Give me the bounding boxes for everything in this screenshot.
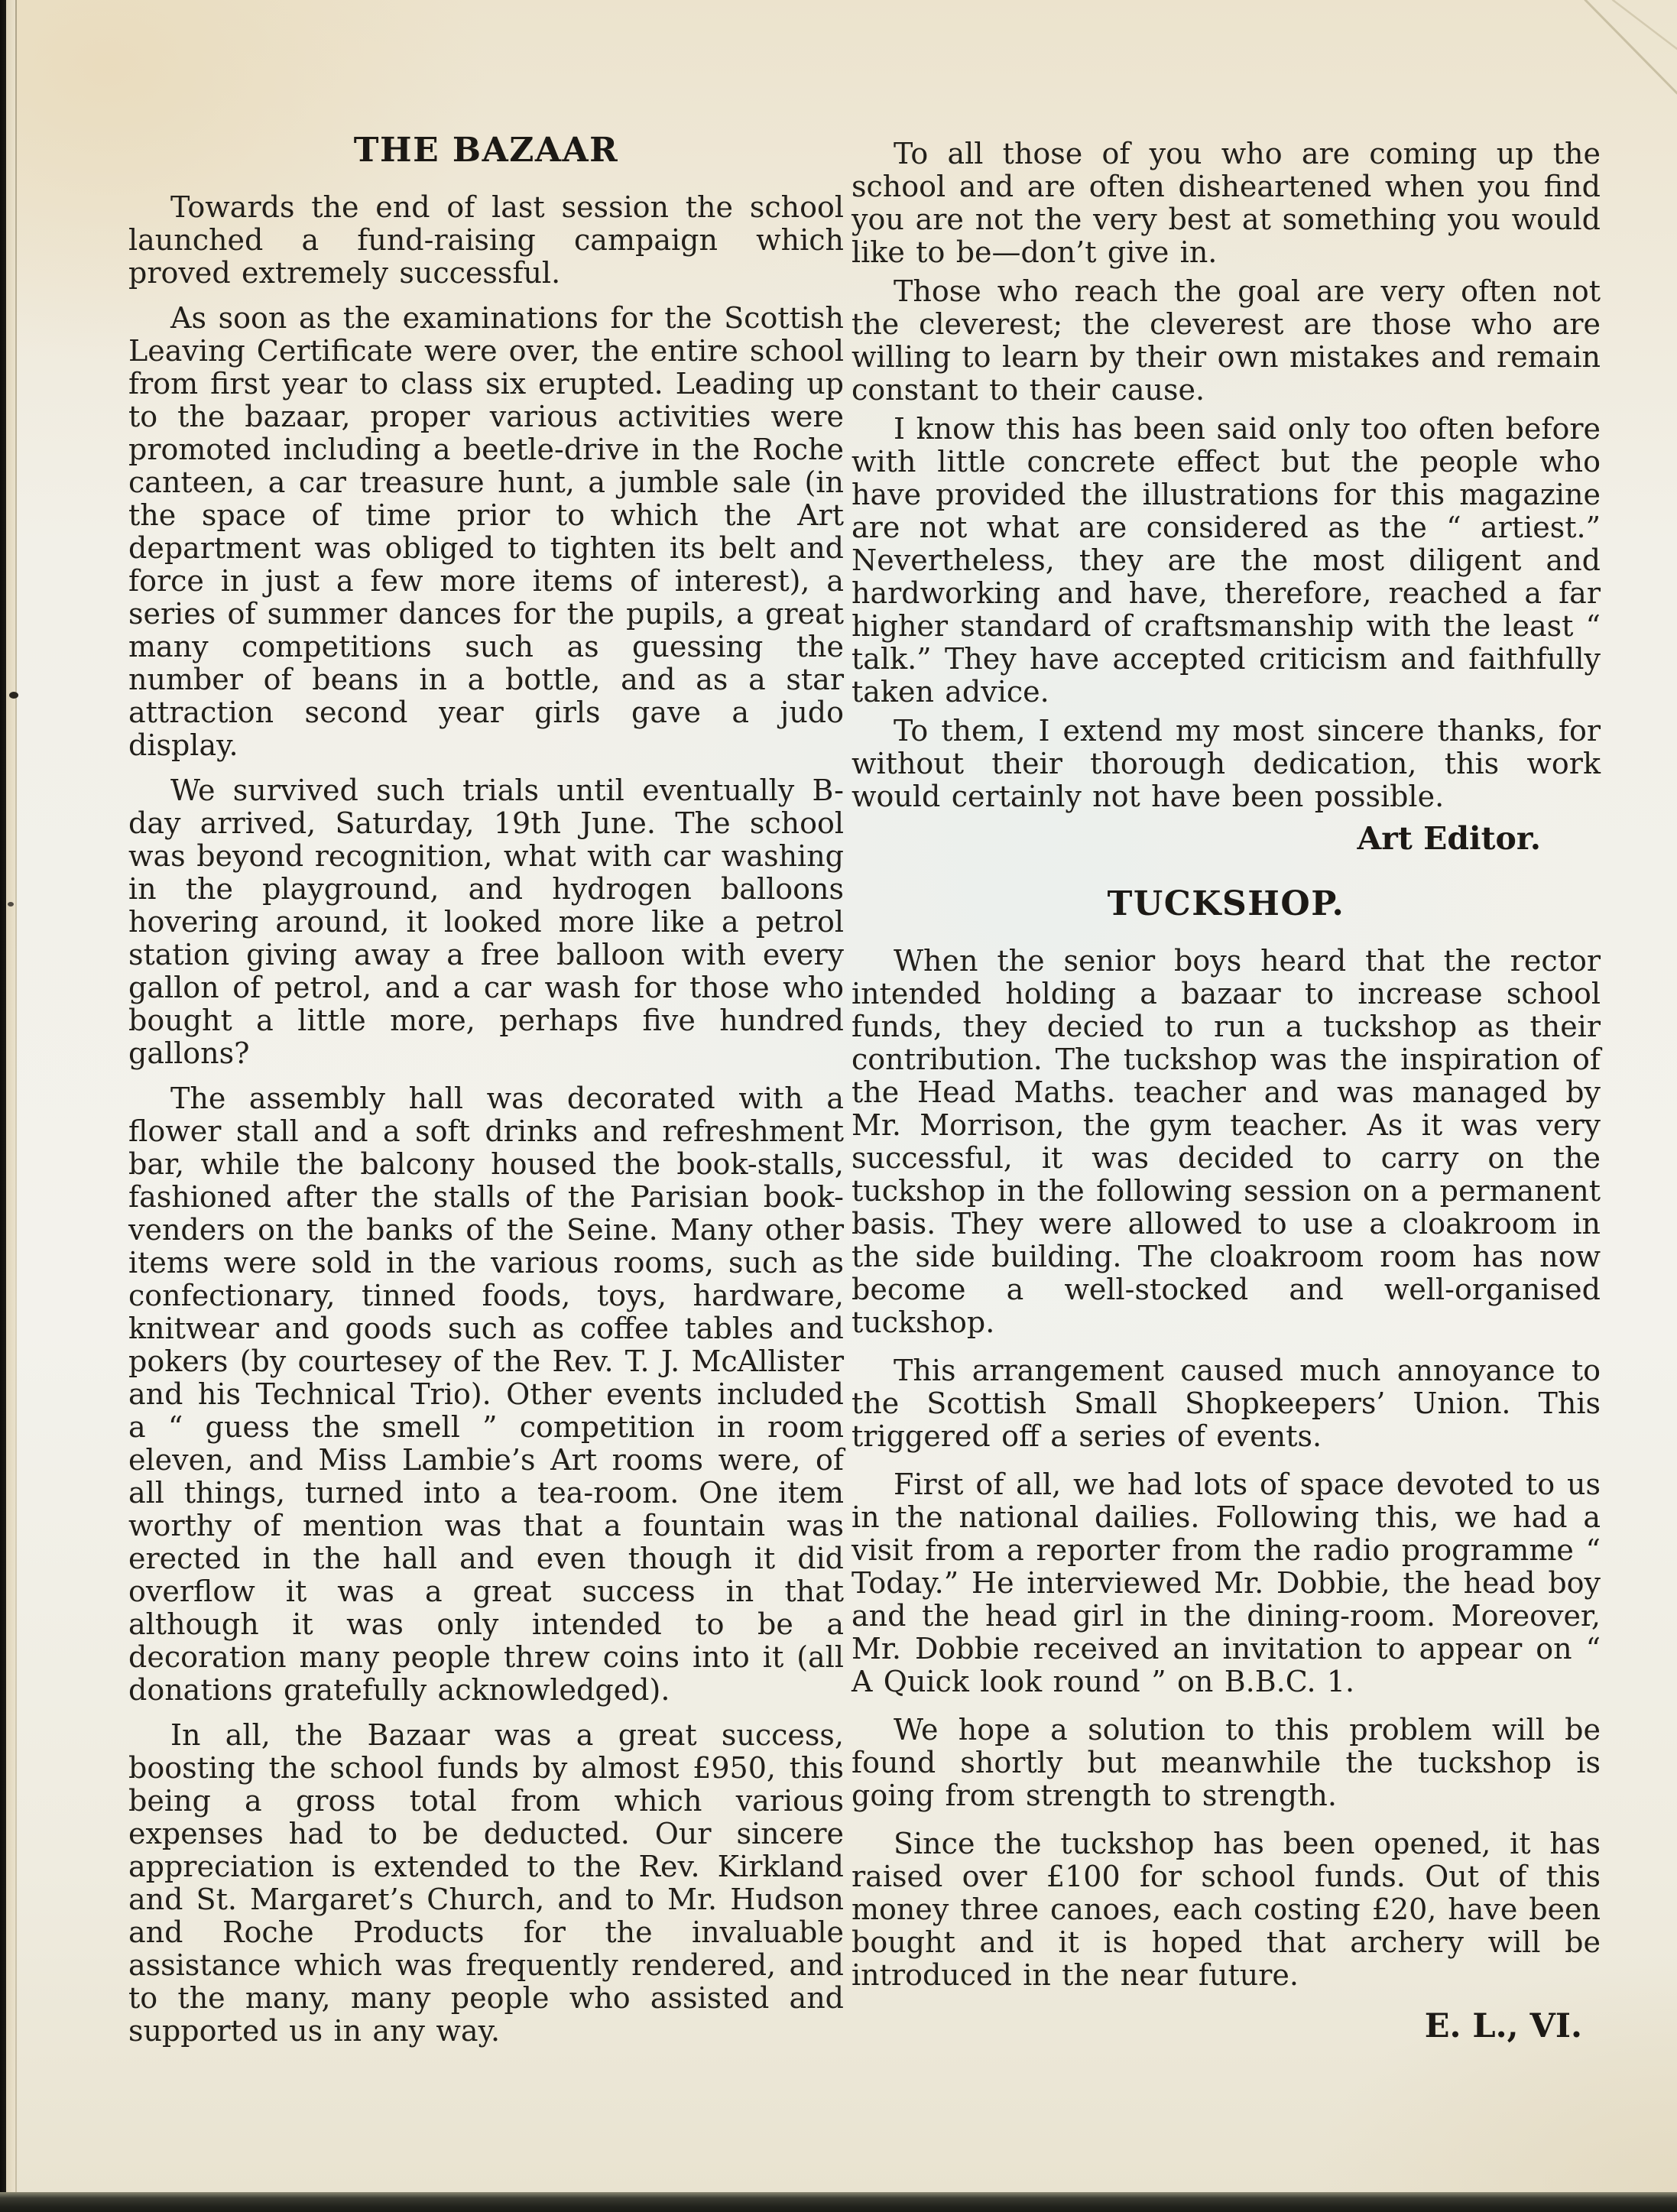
author-initials-signature: E. L., VI.	[851, 2007, 1601, 2045]
art-editor-note: To all those of you who are coming up th…	[851, 138, 1601, 858]
paragraph: The assembly hall was decorated with a f…	[128, 1082, 844, 1707]
paragraph: In all, the Bazaar was a great success, …	[128, 1719, 844, 2048]
paragraph: First of all, we had lots of space devot…	[851, 1468, 1601, 1698]
scan-edge-left	[0, 0, 6, 2212]
paragraph: Towards the end of last session the scho…	[128, 191, 844, 290]
tuckshop-article-heading: TUCKSHOP.	[851, 884, 1601, 925]
magazine-page: THE BAZAAR Towards the end of last sessi…	[0, 0, 1677, 2212]
paragraph: To them, I extend my most sincere thanks…	[851, 715, 1601, 813]
paragraph: I know this has been said only too often…	[851, 413, 1601, 709]
bazaar-article-heading: THE BAZAAR	[128, 130, 844, 171]
art-editor-signature: Art Editor.	[851, 819, 1601, 858]
ink-speck	[9, 692, 18, 699]
ink-speck	[8, 902, 14, 907]
paragraph: Since the tuckshop has been opened, it h…	[851, 1828, 1601, 1992]
paragraph: We hope a solution to this problem will …	[851, 1714, 1601, 1812]
paragraph: As soon as the examinations for the Scot…	[128, 302, 844, 762]
tuckshop-article: TUCKSHOP. When the senior boys heard tha…	[851, 884, 1601, 2045]
paragraph: We survived such trials until eventually…	[128, 774, 844, 1070]
left-column: THE BAZAAR Towards the end of last sessi…	[128, 130, 844, 2060]
folded-corner-crease	[1494, 0, 1677, 107]
right-column: To all those of you who are coming up th…	[851, 138, 1601, 2045]
left-binding-crease	[15, 0, 17, 2192]
scan-edge-bottom	[0, 2192, 1677, 2212]
paragraph: Those who reach the goal are very often …	[851, 275, 1601, 407]
paragraph: This arrangement caused much annoyance t…	[851, 1354, 1601, 1453]
paragraph: When the senior boys heard that the rect…	[851, 945, 1601, 1339]
paragraph: To all those of you who are coming up th…	[851, 138, 1601, 269]
